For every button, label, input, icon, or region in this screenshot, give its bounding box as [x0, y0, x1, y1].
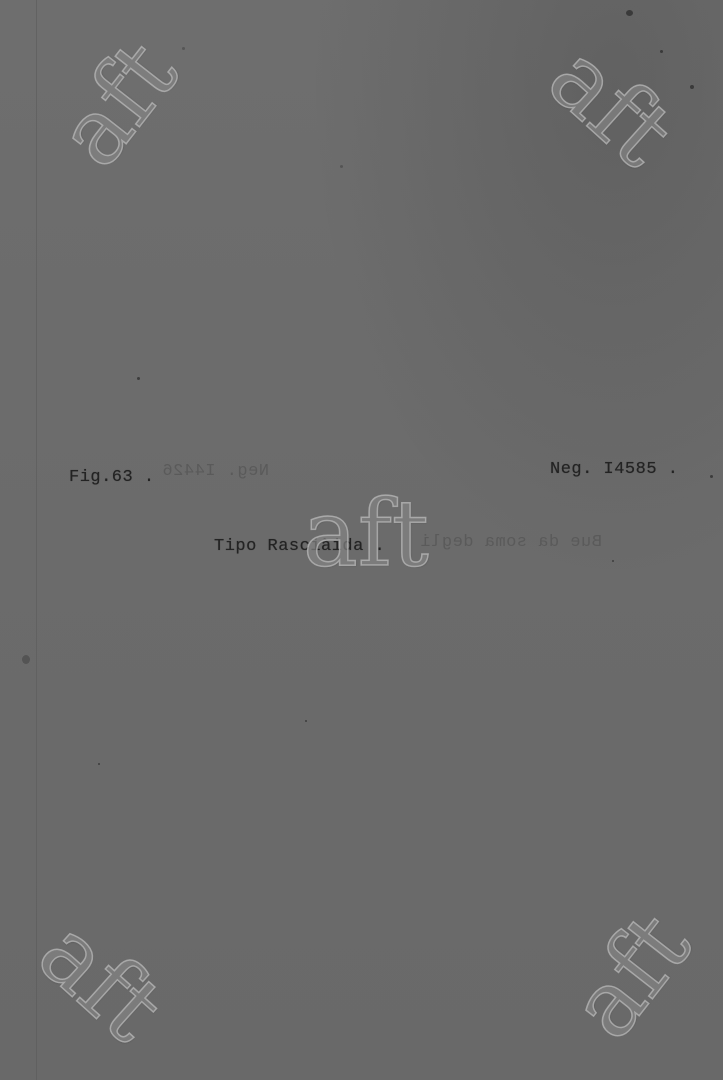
- dust-speck: [626, 10, 633, 16]
- watermark-center: aft: [303, 488, 429, 580]
- dust-speck: [690, 85, 694, 89]
- bleed-through-negative-label: Neg. I4426: [162, 462, 269, 481]
- dust-speck: [660, 50, 663, 53]
- bleed-through-caption: Bue da soma degli: [420, 533, 602, 552]
- dust-speck: [137, 377, 140, 380]
- dust-speck: [305, 720, 307, 722]
- dust-speck: [710, 475, 713, 478]
- watermark-top-left: aft: [43, 26, 193, 182]
- dust-speck: [182, 47, 185, 50]
- watermark-top-right: aft: [533, 30, 688, 183]
- figure-label: Fig.63 .: [69, 468, 155, 487]
- dust-speck: [98, 763, 100, 765]
- dust-speck: [340, 165, 343, 168]
- scanned-document-page: Neg. I4426 Bue da soma degli Fig.63 . Ne…: [0, 0, 723, 1080]
- dust-speck: [612, 560, 614, 562]
- dust-speck: [22, 655, 30, 664]
- watermark-bottom-left: aft: [23, 905, 178, 1058]
- negative-label: Neg. I4585 .: [550, 460, 678, 479]
- watermark-bottom-right: aft: [556, 898, 706, 1054]
- scan-edge-line: [36, 0, 37, 1080]
